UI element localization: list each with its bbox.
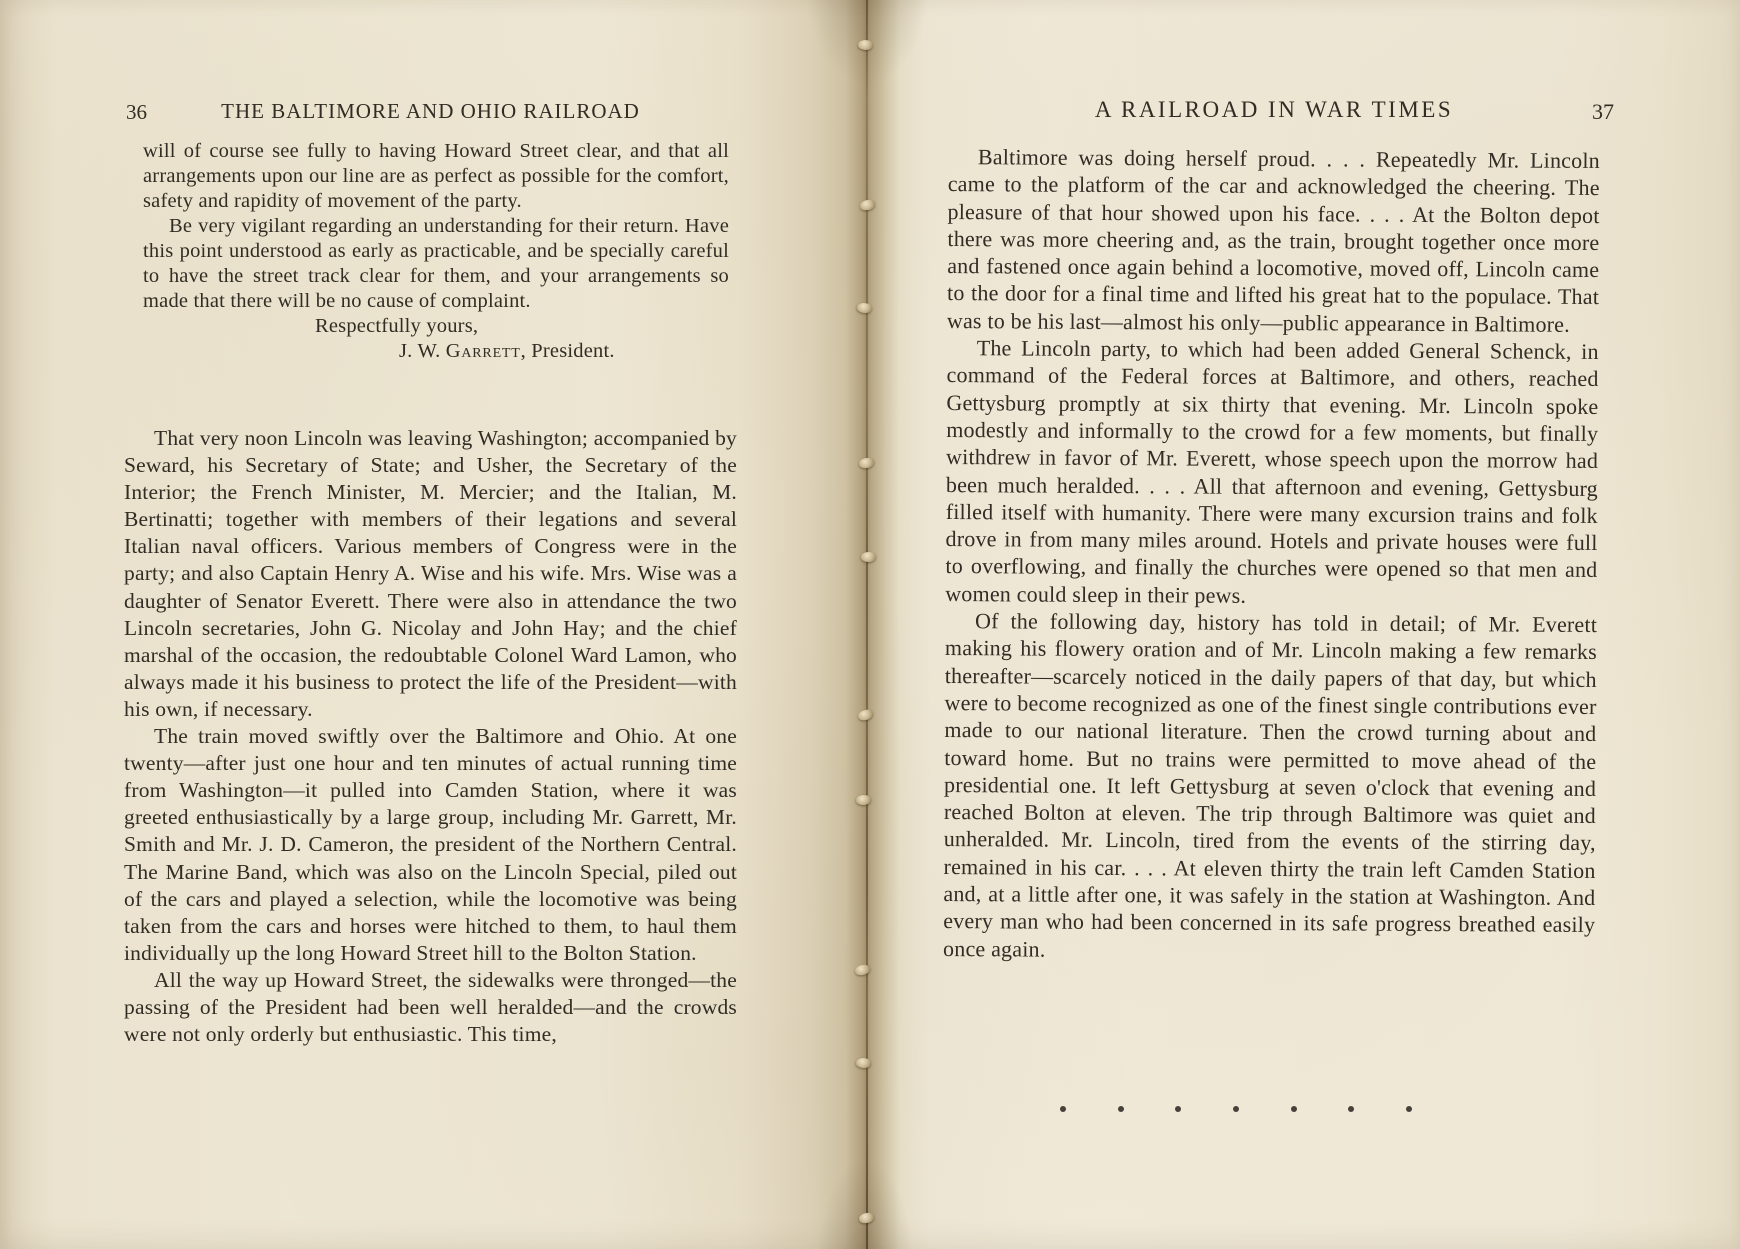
binding-stitch bbox=[854, 964, 870, 976]
signature-prefix: J. W. bbox=[399, 340, 446, 362]
section-break-dot bbox=[1348, 1106, 1354, 1112]
right-page-body: Baltimore was doing herself proud. . . .… bbox=[943, 143, 1600, 966]
body-paragraph: The train moved swiftly over the Baltimo… bbox=[124, 723, 737, 967]
binding-stitch bbox=[855, 1057, 871, 1069]
running-header: THE BALTIMORE AND OHIO RAILROAD bbox=[124, 99, 737, 124]
binding-stitch bbox=[856, 302, 873, 315]
body-paragraph: The Lincoln party, to which had been add… bbox=[945, 334, 1599, 611]
section-break-dot bbox=[1406, 1106, 1412, 1112]
letter-paragraph: will of course see fully to having Howar… bbox=[143, 139, 729, 214]
body-paragraph: Baltimore was doing herself proud. . . .… bbox=[947, 143, 1600, 338]
letter-paragraph: Be very vigilant regarding an understand… bbox=[143, 214, 729, 314]
quoted-letter: will of course see fully to having Howar… bbox=[143, 139, 729, 364]
binding-stitch bbox=[856, 794, 872, 805]
section-break-dot bbox=[1175, 1106, 1181, 1112]
binding-stitch bbox=[857, 39, 873, 51]
section-break-dot bbox=[1233, 1106, 1239, 1112]
section-break-dot bbox=[1060, 1106, 1066, 1112]
section-break-dot bbox=[1118, 1106, 1124, 1112]
left-page-body: That very noon Lincoln was leaving Washi… bbox=[124, 425, 737, 1048]
body-paragraph: That very noon Lincoln was leaving Washi… bbox=[124, 425, 737, 723]
binding-stitch bbox=[859, 457, 875, 468]
body-paragraph: Of the following day, history has told i… bbox=[943, 607, 1597, 966]
signature-name: Garrett bbox=[446, 340, 521, 362]
signature-suffix: , President. bbox=[521, 340, 615, 362]
letter-signature: J. W. Garrett, President. bbox=[399, 339, 729, 364]
page-number: 37 bbox=[1592, 99, 1614, 125]
letter-closing: Respectfully yours, bbox=[315, 314, 729, 339]
body-paragraph: All the way up Howard Street, the sidewa… bbox=[124, 967, 737, 1048]
section-break bbox=[1060, 1104, 1412, 1114]
section-break-dot bbox=[1291, 1106, 1297, 1112]
running-header: A RAILROAD IN WAR TIMES bbox=[948, 97, 1600, 123]
binding-stitch bbox=[857, 709, 874, 721]
binding-stitch bbox=[860, 199, 876, 211]
binding-stitch bbox=[859, 1212, 875, 1223]
binding-stitch bbox=[861, 551, 877, 563]
book-spread: 36 THE BALTIMORE AND OHIO RAILROAD will … bbox=[0, 0, 1740, 1249]
